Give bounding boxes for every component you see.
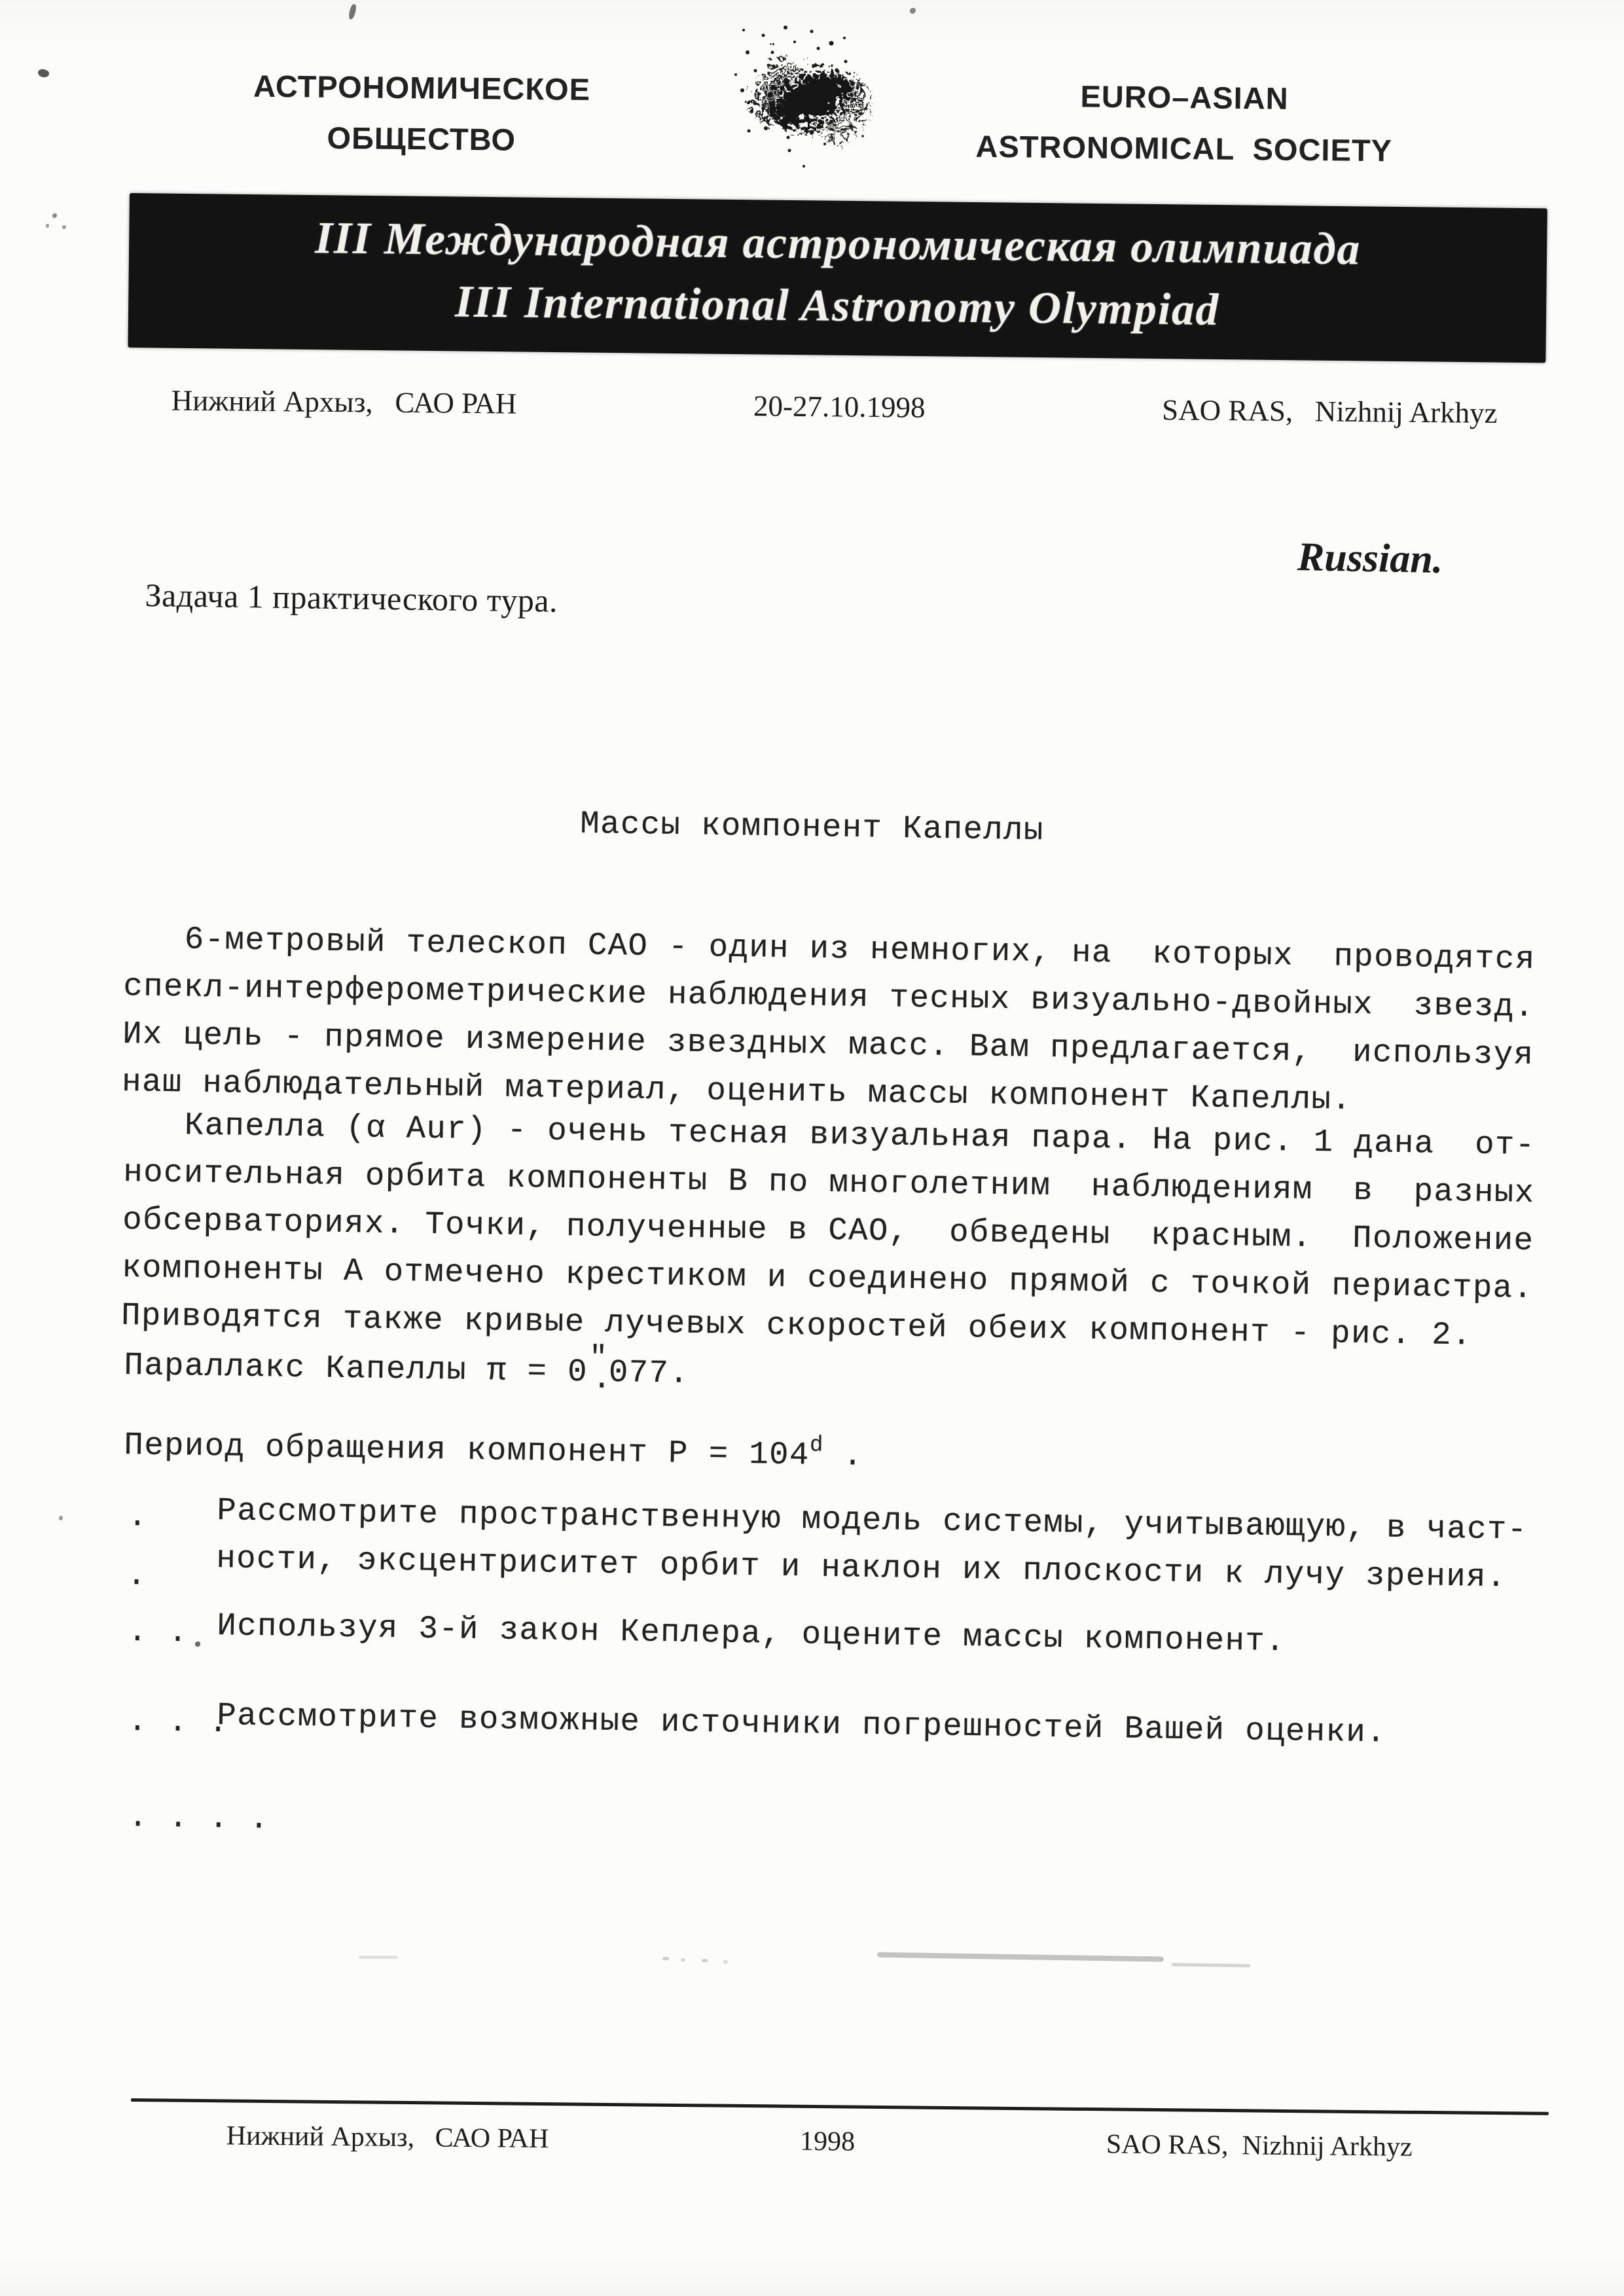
paragraph-capella: Капелла (α Aur) - очень тесная визуальна… bbox=[121, 1101, 1536, 1361]
scan-smudge bbox=[723, 1960, 728, 1964]
left-org-line2: ОБЩЕСТВО bbox=[215, 111, 628, 167]
venue-right: SAO RAS, Nizhnij Arkhyz bbox=[1162, 393, 1498, 430]
banner-title-russian: III Международная астрономическая олимпи… bbox=[129, 210, 1547, 277]
venue-left: Нижний Архыз, САО РАН bbox=[171, 384, 516, 421]
problem-title: Массы компонент Капеллы bbox=[0, 792, 1624, 864]
paragraph-telescope: 6-метровый телескоп САО - один из немног… bbox=[122, 915, 1536, 1127]
right-org-line2: ASTRONOMICAL SOCIETY bbox=[931, 120, 1436, 177]
scan-smudge bbox=[702, 1959, 708, 1962]
task3-marker: . . . bbox=[128, 1692, 229, 1752]
scan-speck bbox=[195, 1641, 200, 1647]
footer-rule bbox=[131, 2098, 1549, 2115]
scan-smudge bbox=[681, 1958, 685, 1962]
olympiad-banner: III Международная астрономическая олимпи… bbox=[128, 193, 1547, 363]
footer-venue-left: Нижний Архыз, САО РАН bbox=[226, 2120, 549, 2155]
task1-text: Рассмотрите пространственную модель сист… bbox=[216, 1487, 1528, 1602]
footer-row: Нижний Архыз, САО РАН 1998 SAO RAS, Nizh… bbox=[131, 2119, 1549, 2164]
end-dots-marker: . . . . bbox=[128, 1793, 270, 1843]
scan-smudge bbox=[359, 1956, 398, 1959]
banner-title-english: III International Astronomy Olympiad bbox=[128, 272, 1547, 339]
scan-speck bbox=[59, 1516, 63, 1520]
task2-marker: . . bbox=[128, 1602, 189, 1662]
scan-smudge bbox=[1172, 1963, 1250, 1967]
parallax-prefix: Параллакс Капеллы π = 0 bbox=[124, 1347, 588, 1391]
scan-speck bbox=[37, 68, 50, 79]
galaxy-logo bbox=[725, 12, 882, 182]
scanned-document-page: АСТРОНОМИЧЕСКОЕ ОБЩЕСТВО bbox=[0, 0, 1624, 2296]
days-superscript: d bbox=[810, 1433, 823, 1458]
scan-speck bbox=[52, 213, 57, 218]
task3-text: Рассмотрите возможные источники погрешно… bbox=[217, 1692, 1387, 1757]
scan-speck bbox=[62, 225, 66, 229]
right-org-line1: EURO–ASIAN bbox=[932, 69, 1437, 126]
parallax-value: 077. bbox=[608, 1354, 689, 1392]
footer-venue-right: SAO RAS, Nizhnij Arkhyz bbox=[1106, 2128, 1413, 2162]
language-label: Russian. bbox=[1297, 534, 1443, 583]
parallax-line: Параллакс Капеллы π = 0″.077. bbox=[124, 1342, 690, 1398]
decimal-point: . bbox=[592, 1355, 613, 1403]
period-suffix: . bbox=[823, 1437, 863, 1475]
scan-speck bbox=[910, 8, 916, 14]
venue-row: Нижний Архыз, САО РАН 20-27.10.1998 SAO … bbox=[131, 383, 1549, 431]
left-org-line1: АСТРОНОМИЧЕСКОЕ bbox=[215, 60, 628, 116]
scan-speck bbox=[46, 224, 49, 228]
period-prefix: Период обращения компонент P = 104 bbox=[124, 1427, 810, 1474]
event-dates: 20-27.10.1998 bbox=[753, 389, 926, 425]
scan-smudge bbox=[662, 1957, 669, 1960]
scan-smudge bbox=[877, 1952, 1164, 1962]
period-line: Период обращения компонент P = 104d . bbox=[124, 1422, 863, 1484]
task-heading: Задача 1 практического тура. bbox=[145, 576, 558, 620]
footer-year: 1998 bbox=[800, 2126, 855, 2158]
right-org-name: EURO–ASIAN ASTRONOMICAL SOCIETY bbox=[931, 69, 1437, 177]
left-org-name: АСТРОНОМИЧЕСКОЕ ОБЩЕСТВО bbox=[215, 60, 628, 167]
spiral-galaxy-icon bbox=[725, 12, 882, 182]
scan-speck bbox=[348, 3, 357, 20]
task1-marker: . . bbox=[126, 1487, 148, 1605]
task2-text: Используя 3-й закон Кеплера, оцените мас… bbox=[217, 1602, 1286, 1666]
arcsecond-notation: ″. bbox=[588, 1349, 609, 1381]
